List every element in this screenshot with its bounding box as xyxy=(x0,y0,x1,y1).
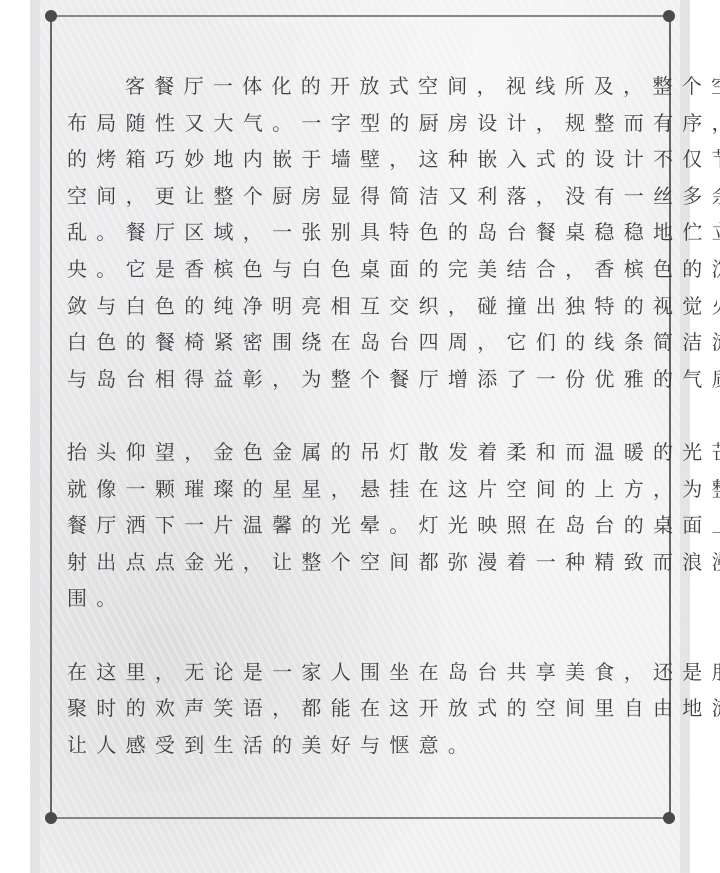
article-body: 客餐厅一体化的开放式空间，视线所及，整个空间的 布局随性又大气。一字型的厨房设计… xyxy=(67,68,667,763)
corner-dot-icon-bottom-right xyxy=(663,812,675,824)
text-line: 客餐厅一体化的开放式空间，视线所及，整个空间的 xyxy=(67,68,667,105)
text-line: 就像一颗璀璨的星星，悬挂在这片空间的上方，为整个客 xyxy=(67,471,667,508)
text-line: 与岛台相得益彰，为整个餐厅增添了一份优雅的气质。 xyxy=(67,361,667,398)
paragraph-open-space: 客餐厅一体化的开放式空间，视线所及，整个空间的 布局随性又大气。一字型的厨房设计… xyxy=(67,68,667,397)
text-line: 空间，更让整个厨房显得简洁又利落，没有一丝多余的杂 xyxy=(67,178,667,215)
paragraph-chandelier: 抬头仰望，金色金属的吊灯散发着柔和而温暖的光芒。它 就像一颗璀璨的星星，悬挂在这… xyxy=(67,434,667,617)
text-line: 白色的餐椅紧密围绕在岛台四周，它们的线条简洁流畅， xyxy=(67,324,667,361)
text-line: 的烤箱巧妙地内嵌于墙壁，这种嵌入式的设计不仅节省了 xyxy=(67,141,667,178)
text-line: 在这里，无论是一家人围坐在岛台共享美食，还是朋友相 xyxy=(67,654,667,691)
frame-border-left xyxy=(50,16,52,818)
text-line: 抬头仰望，金色金属的吊灯散发着柔和而温暖的光芒。它 xyxy=(67,434,667,471)
text-line: 让人感受到生活的美好与惬意。 xyxy=(67,727,667,764)
corner-dot-icon-top-right xyxy=(663,10,675,22)
text-line: 乱。餐厅区域，一张别具特色的岛台餐桌稳稳地伫立在中 xyxy=(67,214,667,251)
text-line: 聚时的欢声笑语，都能在这开放式的空间里自由地流淌， xyxy=(67,690,667,727)
text-line: 围。 xyxy=(67,580,667,617)
frame-border-top xyxy=(50,15,670,17)
text-line: 敛与白色的纯净明亮相互交织，碰撞出独特的视觉火花。 xyxy=(67,288,667,325)
text-line: 布局随性又大气。一字型的厨房设计，规整而有序，厨房 xyxy=(67,105,667,142)
frame-border-bottom xyxy=(50,817,670,819)
corner-dot-icon-bottom-left xyxy=(45,812,57,824)
corner-dot-icon-top-left xyxy=(45,10,57,22)
text-line: 央。它是香槟色与白色桌面的完美结合，香槟色的沉稳内 xyxy=(67,251,667,288)
text-line: 射出点点金光，让整个空间都弥漫着一种精致而浪漫的氛 xyxy=(67,544,667,581)
paragraph-family-life: 在这里，无论是一家人围坐在岛台共享美食，还是朋友相 聚时的欢声笑语，都能在这开放… xyxy=(67,654,667,764)
text-line: 餐厅洒下一片温馨的光晕。灯光映照在岛台的桌面上，反 xyxy=(67,507,667,544)
panel-edge-left xyxy=(30,0,40,873)
